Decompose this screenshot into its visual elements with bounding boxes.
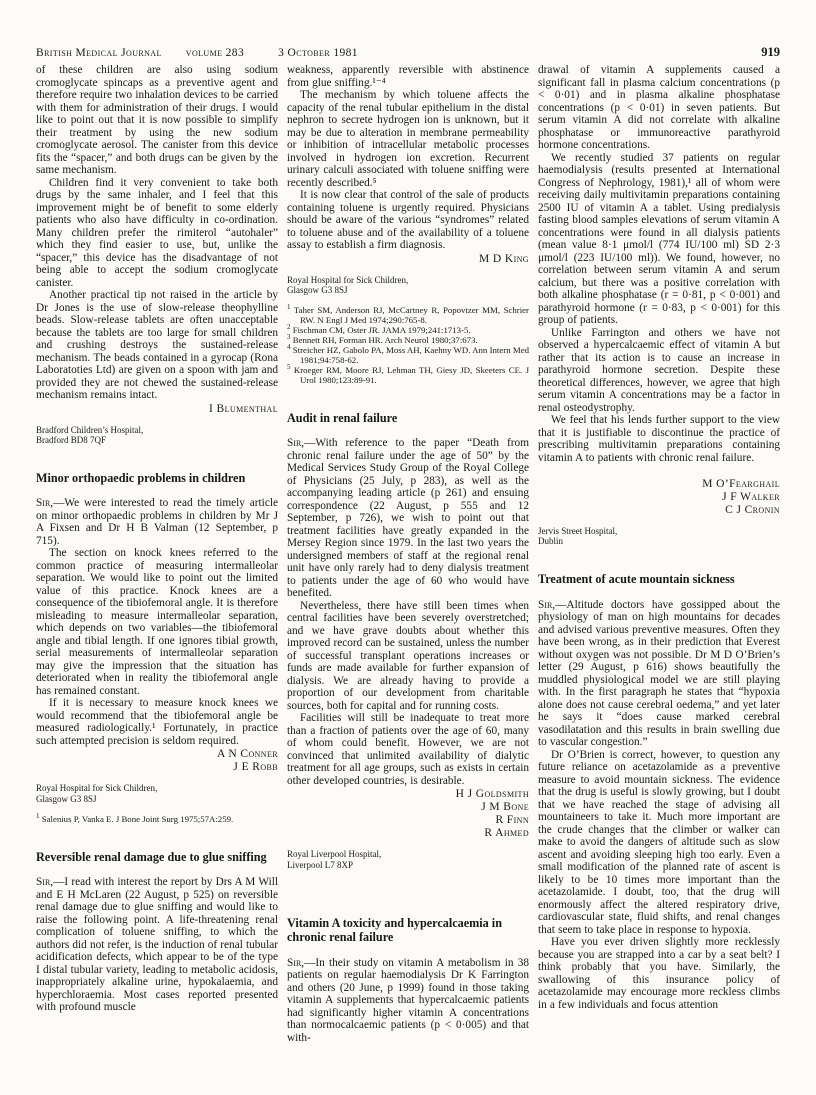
reference: 3 Bennett RH, Forman HR. Arch Neurol 198… [287,335,529,345]
reference: 1 Salenius P, Vanka E. J Bone Joint Surg… [36,814,278,824]
address: Jervis Street Hospital,Dublin [538,526,780,546]
paragraph: Facilities will still be inadequate to t… [287,712,529,787]
paragraph: Sir,—Altitude doctors have gossipped abo… [538,599,780,749]
paragraph: Sir,—I read with interest the report by … [36,876,278,1014]
column-1: of these children are also using sodium … [36,64,278,1044]
paragraph: Children find it very convenient to take… [36,177,278,290]
signature: A N Conner [36,748,278,761]
reference: 4 Streicher HZ, Gabolo PA, Moss AH, Kaeh… [287,345,529,365]
paragraph: The mechanism by which toluene affects t… [287,89,529,189]
signature: C J Cronin [538,504,780,517]
reference: 2 Fischman CM, Oster JR. JAMA 1979;241:1… [287,325,529,335]
paragraph: Unlike Farrington and others we have not… [538,327,780,415]
signature-block: A N ConnerJ E Robb [36,748,278,774]
signature-block: I Blumenthal [36,403,278,416]
journal-title: British Medical Journal [36,47,162,59]
letter-heading: Reversible renal damage due to glue snif… [36,850,278,865]
letter-heading: Minor orthopaedic problems in children [36,471,278,486]
paragraph: If it is necessary to measure knock knee… [36,697,278,747]
reference: 5 Kroeger RM, Moore RJ, Lehman TH, Giesy… [287,365,529,385]
salutation: Sir [36,497,50,509]
paragraph: We feel that his lends further support t… [538,414,780,464]
volume-label: volume 283 [186,47,244,59]
paragraph: weakness, apparently reversible with abs… [287,64,529,89]
letters-columns: of these children are also using sodium … [36,64,780,1044]
letter-heading: Audit in renal failure [287,411,529,426]
paragraph: Have you ever driven slightly more reckl… [538,936,780,1011]
salutation: Sir [287,437,301,449]
paragraph: Sir,—We were interested to read the time… [36,497,278,547]
signature: R Ahmed [287,827,529,840]
paragraph: Sir,—With reference to the paper “Death … [287,437,529,600]
page-header: British Medical Journal volume 283 3 Oct… [36,45,780,60]
reference-list: 1 Salenius P, Vanka E. J Bone Joint Surg… [36,814,278,824]
address-line: Bradford Children’s Hospital, [36,425,278,435]
address-line: Dublin [538,536,780,546]
signature-block: M D King [287,253,529,266]
signature: R Finn [287,814,529,827]
address: Royal Liverpool Hospital,Liverpool L7 8X… [287,849,529,869]
signature: I Blumenthal [36,403,278,416]
signature: J F Walker [538,491,780,504]
reference: 1 Taher SM, Anderson RJ, McCartney R, Po… [287,305,529,325]
address-line: Jervis Street Hospital, [538,526,780,536]
page-number: 919 [761,45,780,60]
address: Royal Hospital for Sick Children,Glasgow… [36,783,278,803]
issue-date: 3 October 1981 [278,47,358,59]
paragraph: Dr O’Brien is correct, however, to quest… [538,749,780,937]
paragraph: Nevertheless, there have still been time… [287,600,529,713]
address-line: Glasgow G3 8SJ [36,794,278,804]
address-line: Glasgow G3 8SJ [287,285,529,295]
paragraph: of these children are also using sodium … [36,64,278,177]
address: Bradford Children’s Hospital,Bradford BD… [36,425,278,445]
letter-heading: Vitamin A toxicity and hypercalcaemia in… [287,916,529,945]
signature: J M Bone [287,801,529,814]
paragraph: It is now clear that control of the sale… [287,189,529,252]
reference-list: 1 Taher SM, Anderson RJ, McCartney R, Po… [287,305,529,385]
signature-block: M O’FearghailJ F WalkerC J Cronin [538,478,780,517]
signature: M D King [287,253,529,266]
address-line: Royal Hospital for Sick Children, [36,783,278,793]
address-line: Bradford BD8 7QF [36,435,278,445]
address: Royal Hospital for Sick Children,Glasgow… [287,275,529,295]
signature: H J Goldsmith [287,788,529,801]
address-line: Liverpool L7 8XP [287,860,529,870]
address-line: Royal Hospital for Sick Children, [287,275,529,285]
signature: J E Robb [36,761,278,774]
signature-block: H J GoldsmithJ M BoneR FinnR Ahmed [287,788,529,840]
column-3: drawal of vitamin A supplements caused a… [538,64,780,1044]
salutation: Sir [538,599,552,611]
paragraph: Another practical tip not raised in the … [36,289,278,402]
salutation: Sir [287,957,301,969]
column-2: weakness, apparently reversible with abs… [287,64,529,1044]
journal-page: British Medical Journal volume 283 3 Oct… [0,0,816,1095]
salutation: Sir [36,876,50,888]
letter-heading: Treatment of acute mountain sickness [538,572,780,587]
paragraph: The section on knock knees referred to t… [36,547,278,697]
signature: M O’Fearghail [538,478,780,491]
paragraph: We recently studied 37 patients on regul… [538,152,780,327]
paragraph: drawal of vitamin A supplements caused a… [538,64,780,152]
address-line: Royal Liverpool Hospital, [287,849,529,859]
paragraph: Sir,—In their study on vitamin A metabol… [287,957,529,1045]
